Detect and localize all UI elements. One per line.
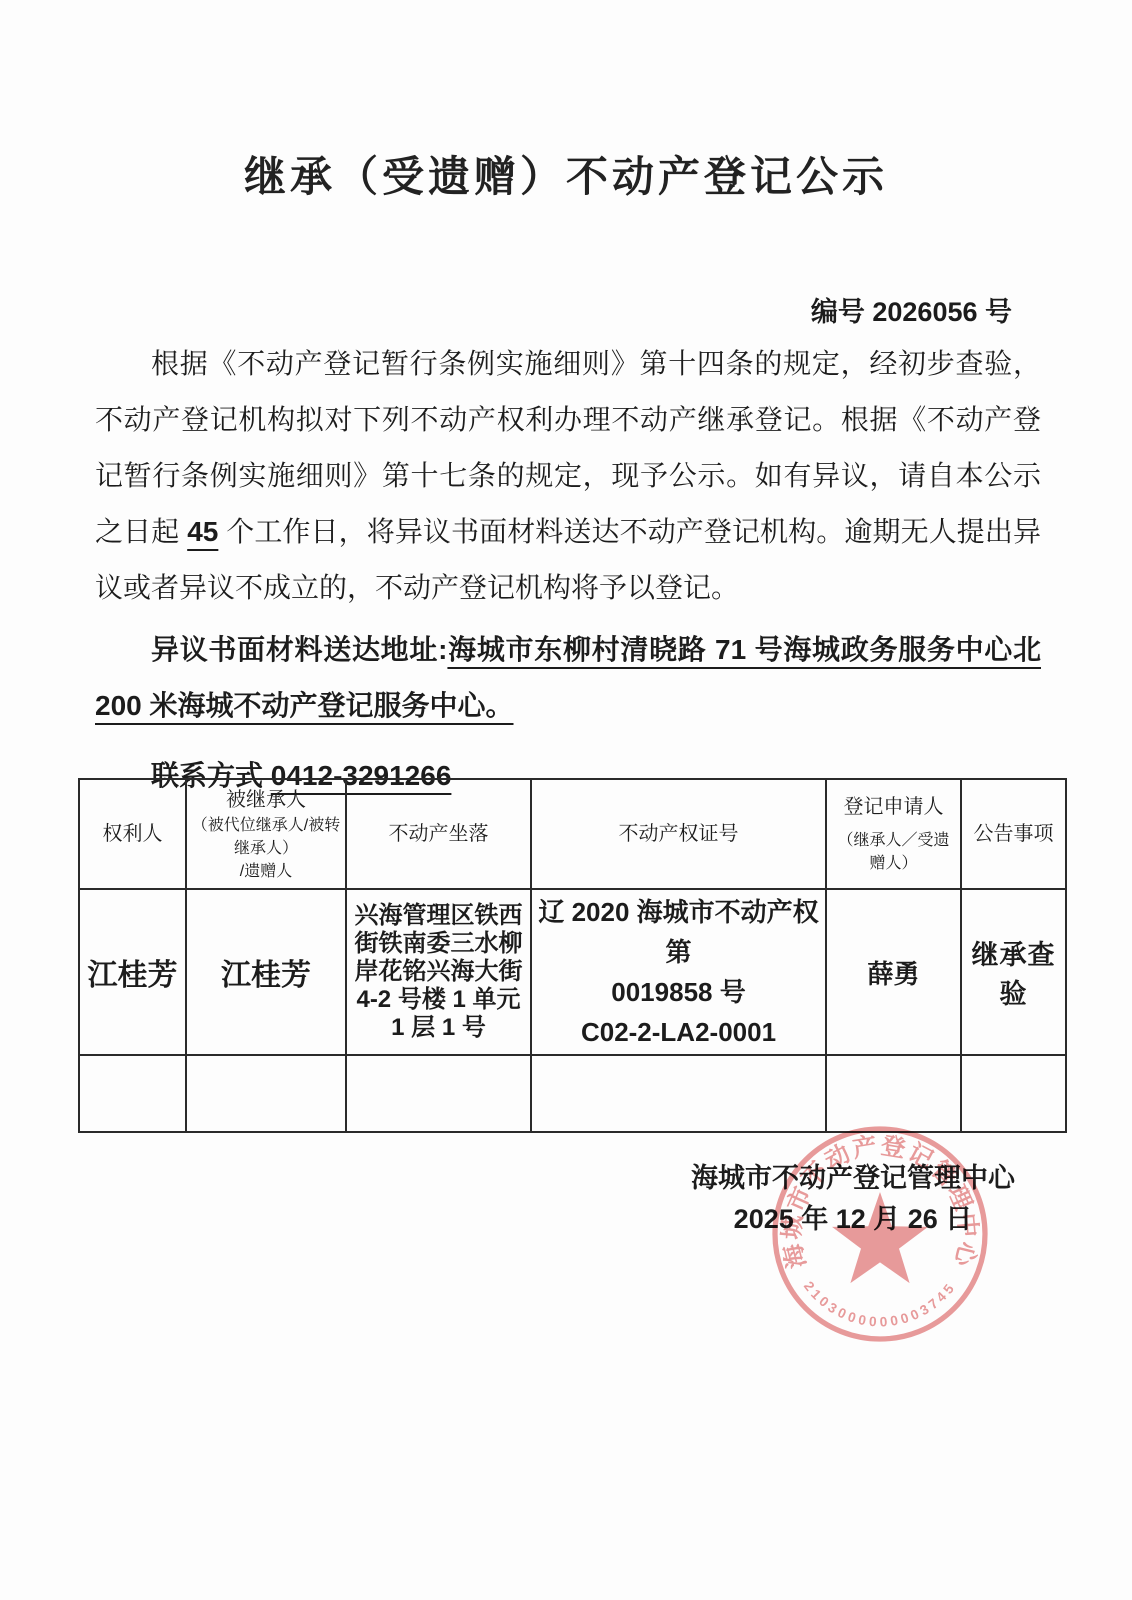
- notice-text-after: 个工作日，将异议书面材料送达不动产登记机构。逾期无人提出异议或者异议不成立的，不…: [95, 516, 1041, 603]
- signature-date: 2025 年 12 月 26 日: [691, 1199, 1015, 1240]
- cell-certificate-number: 辽 2020 海城市不动产权第 0019858 号 C02-2-LA2-0001: [531, 889, 826, 1055]
- header-rights-holder: 权利人: [79, 779, 186, 889]
- address-paragraph: 异议书面材料送达地址:海城市东柳村清晓路 71 号海城政务服务中心北 200 米…: [95, 622, 1041, 734]
- stamp-serial: 2103000000003745: [801, 1279, 959, 1330]
- signature-block: 海城市不动产登记管理中心 2025 年 12 月 26 日: [691, 1158, 1015, 1240]
- table-header-row: 权利人 被继承人 （被代位继承人/被转继承人） /遗赠人 不动产坐落 不动产权证…: [79, 779, 1066, 889]
- header-applicant: 登记申请人 （继承人／受遗赠人）: [826, 779, 961, 889]
- cell-decedent: 江桂芳: [186, 889, 346, 1055]
- header-certificate-number: 不动产权证号: [531, 779, 826, 889]
- header-decedent: 被继承人 （被代位继承人/被转继承人） /遗赠人: [186, 779, 346, 889]
- notice-paragraph: 根据《不动产登记暂行条例实施细则》第十四条的规定，经初步查验，不动产登记机构拟对…: [95, 336, 1041, 616]
- signature-org: 海城市不动产登记管理中心: [691, 1158, 1015, 1199]
- address-label: 异议书面材料送达地址:: [151, 634, 447, 665]
- svg-text:2103000000003745: 2103000000003745: [801, 1279, 959, 1330]
- header-notice-item: 公告事项: [961, 779, 1066, 889]
- table-empty-row: [79, 1055, 1066, 1132]
- registration-table: 权利人 被继承人 （被代位继承人/被转继承人） /遗赠人 不动产坐落 不动产权证…: [78, 778, 1067, 1133]
- table-row: 江桂芳 江桂芳 兴海管理区铁西街铁南委三水柳岸花铭兴海大街 4-2 号楼 1 单…: [79, 889, 1066, 1055]
- cell-property-location: 兴海管理区铁西街铁南委三水柳岸花铭兴海大街 4-2 号楼 1 单元 1 层 1 …: [346, 889, 531, 1055]
- header-property-location: 不动产坐落: [346, 779, 531, 889]
- deadline-days: 45: [187, 516, 218, 547]
- cell-rights-holder: 江桂芳: [79, 889, 186, 1055]
- cell-applicant: 薛勇: [826, 889, 961, 1055]
- page-title: 继承（受遗赠）不动产登记公示: [0, 144, 1132, 204]
- notice-body: 根据《不动产登记暂行条例实施细则》第十四条的规定，经初步查验，不动产登记机构拟对…: [95, 336, 1041, 804]
- cell-notice-item: 继承查验: [961, 889, 1066, 1055]
- scanned-notice-page: 继承（受遗赠）不动产登记公示 编号 2026056 号 根据《不动产登记暂行条例…: [0, 0, 1132, 1600]
- doc-number: 编号 2026056 号: [811, 290, 1012, 329]
